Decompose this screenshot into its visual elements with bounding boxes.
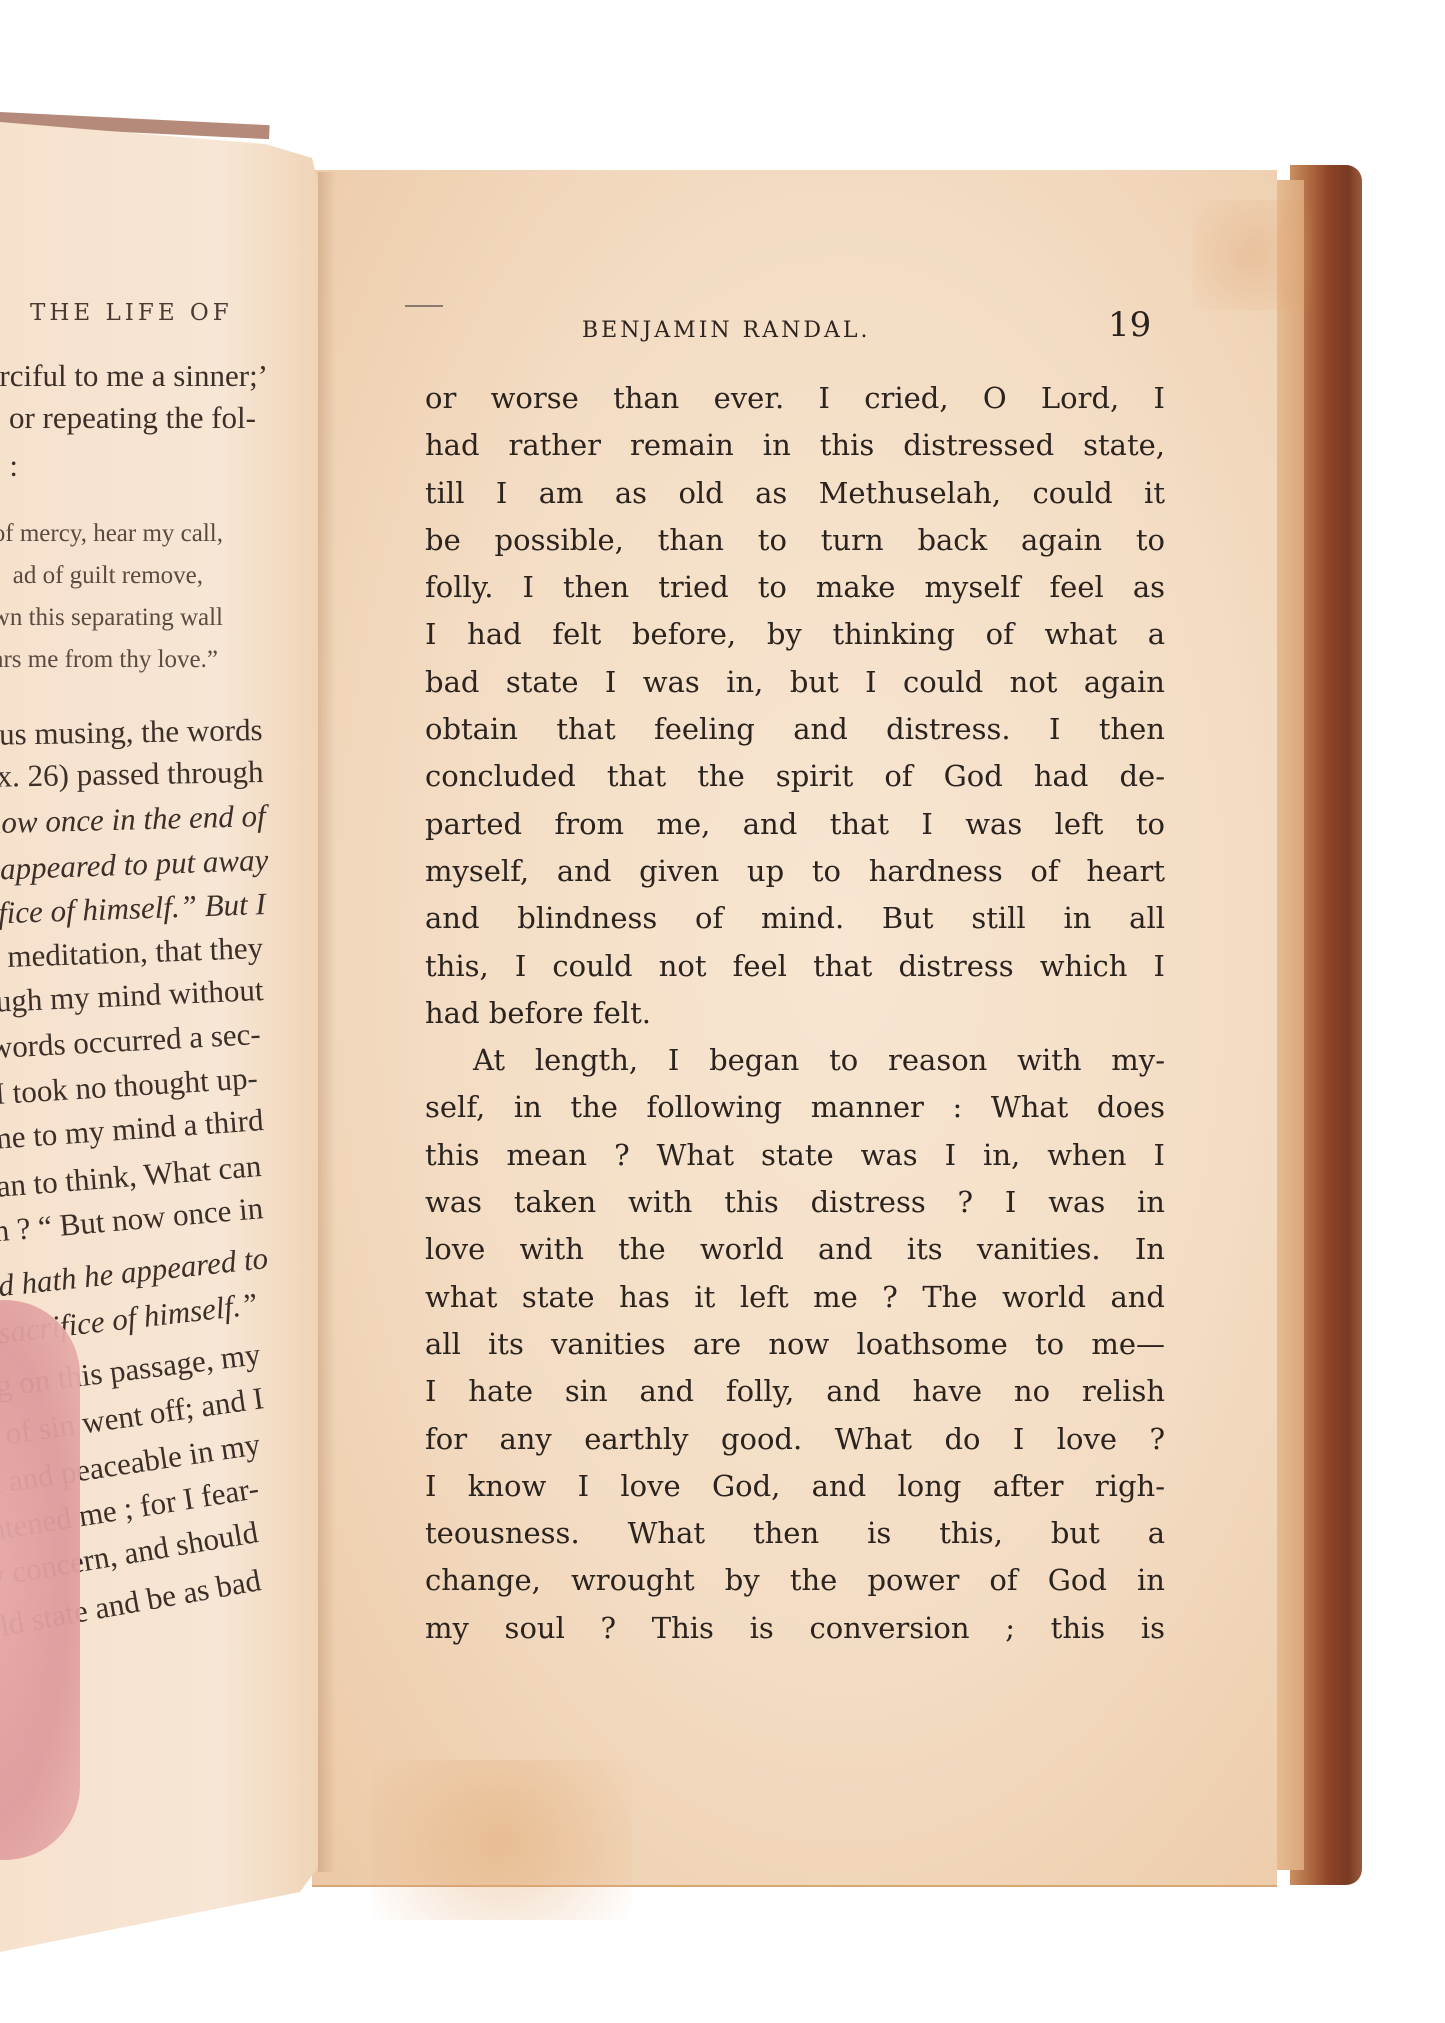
text-line: reathing, or repeating the fol-: [0, 400, 256, 436]
text-line: for any earthly good. What do I love ?: [425, 1416, 1165, 1463]
gutter-shadow: [318, 172, 336, 1872]
text-line: this, I could not feel that distress whi…: [425, 943, 1165, 990]
text-line: :: [9, 448, 18, 484]
text-line: what state has it left me ? The world an…: [425, 1274, 1165, 1321]
right-running-head: BENJAMIN RANDAL.: [582, 318, 870, 343]
text-line: teousness. What then is this, but a: [425, 1510, 1165, 1557]
text-line: I hate sin and folly, and have no relish: [425, 1368, 1165, 1415]
page-number: 19: [1108, 305, 1151, 345]
text-line: down this separating wall: [0, 604, 223, 632]
foxing-stain: [1192, 200, 1312, 310]
text-line: parted from me, and that I was left to: [425, 801, 1165, 848]
thumb-holding-page: [0, 1300, 80, 1860]
right-page-text: or worse than ever. I cried, O Lord, Iha…: [425, 375, 1165, 1652]
text-line: acrifice of himself.” But I: [0, 886, 267, 933]
text-line: this mean ? What state was I in, when I: [425, 1132, 1165, 1179]
text-line: bad state I was in, but I could not agai…: [425, 659, 1165, 706]
text-line: till I am as old as Methuselah, could it: [425, 470, 1165, 517]
text-line: e (Heb. ix. 26) passed through: [0, 754, 263, 797]
text-line: ass through my mind without: [0, 972, 264, 1024]
text-line: obtain that feeling and distress. I then: [425, 706, 1165, 753]
text-line: d be merciful to me a sinner;’: [0, 358, 268, 394]
text-line: I had felt before, by thinking of what a: [425, 611, 1165, 658]
text-line: self, in the following manner : What doe…: [425, 1084, 1165, 1131]
text-line: was taken with this distress ? I was in: [425, 1179, 1165, 1226]
text-line: concluded that the spirit of God had de-: [425, 753, 1165, 800]
text-line: and blindness of mind. But still in all: [425, 895, 1165, 942]
text-line: At length, I began to reason with my-: [425, 1037, 1165, 1084]
text-line: th he appeared to put away: [0, 842, 269, 890]
text-line: my soul ? This is conversion ; this is: [425, 1605, 1165, 1652]
text-line: ad of guilt remove,: [13, 562, 203, 590]
text-line: all its vanities are now loathsome to me…: [425, 1321, 1165, 1368]
text-line: I know I love God, and long after righ-: [425, 1463, 1165, 1510]
text-line: folly. I then tried to make myself feel …: [425, 564, 1165, 611]
text-line: myself, and given up to hardness of hear…: [425, 848, 1165, 895]
text-line: or worse than ever. I cried, O Lord, I: [425, 375, 1165, 422]
text-line: had before felt.: [425, 990, 1165, 1037]
text-line: be possible, than to turn back again to: [425, 517, 1165, 564]
text-line: od of mercy, hear my call,: [0, 520, 223, 548]
text-line: change, wrought by the power of God in: [425, 1557, 1165, 1604]
text-line: deep meditation, that they: [0, 930, 264, 977]
foxing-stain: [372, 1760, 632, 1920]
text-line: But now once in the end of: [0, 798, 266, 843]
text-line: love with the world and its vanities. In: [425, 1226, 1165, 1273]
header-rule: [405, 305, 443, 307]
text-line: was thus musing, the words: [0, 712, 263, 754]
text-line: bars me from thy love.”: [0, 646, 218, 674]
text-line: had rather remain in this distressed sta…: [425, 422, 1165, 469]
